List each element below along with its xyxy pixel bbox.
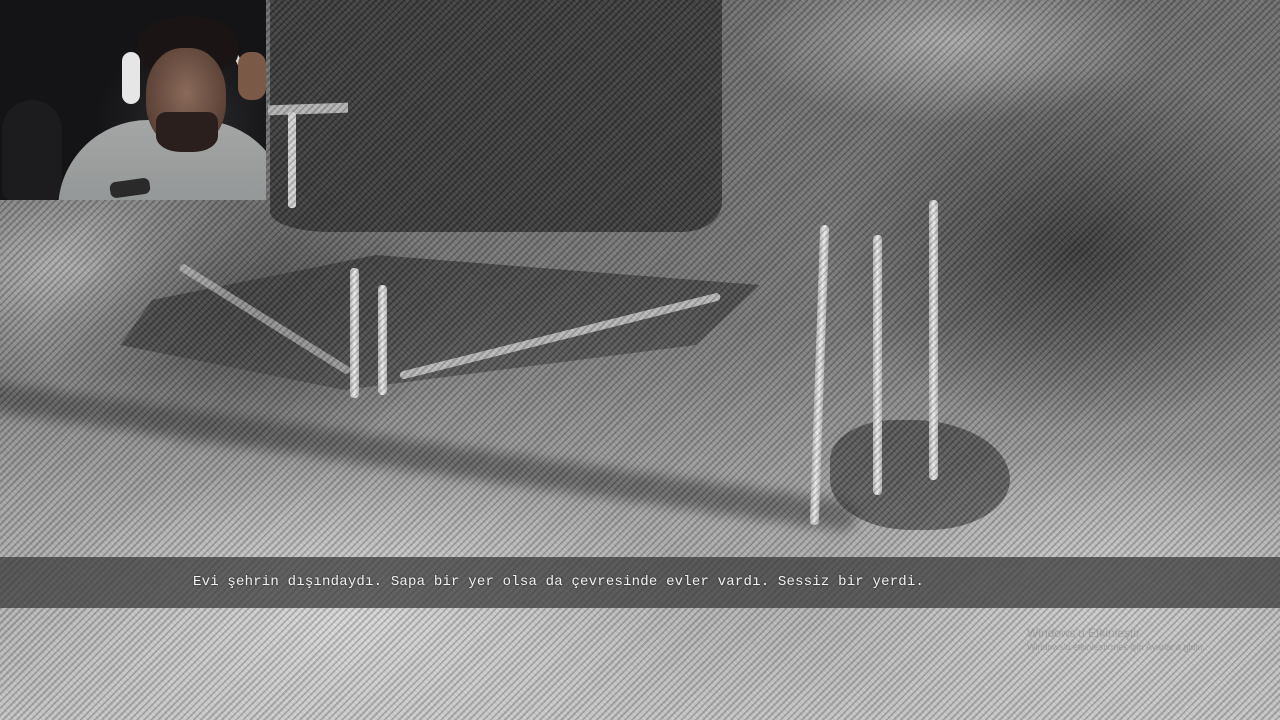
webcam-overlay	[0, 0, 266, 200]
fence-post	[378, 285, 387, 395]
fence-post	[929, 200, 938, 480]
watermark-title: Windows'u Etkinleştir	[1027, 626, 1205, 640]
windows-activation-watermark: Windows'u Etkinleştir Windows'u etkinleş…	[1027, 626, 1205, 652]
subtitle-text: Evi şehrin dışındaydı. Sapa bir yer olsa…	[193, 574, 924, 590]
fence-post	[810, 225, 829, 525]
fence-post	[350, 268, 359, 398]
bush-shadow	[830, 420, 1010, 530]
headphone-earcup	[122, 52, 140, 104]
road-shadow	[0, 378, 858, 533]
house-building	[270, 0, 722, 232]
fence-post	[873, 235, 882, 495]
watermark-subtitle: Windows'u etkinleştirmek için Ayarlar'a …	[1027, 642, 1205, 652]
porch-post	[288, 112, 296, 208]
streamer-hand	[238, 52, 266, 100]
background-figure	[2, 100, 62, 200]
streamer-beard	[156, 112, 218, 152]
